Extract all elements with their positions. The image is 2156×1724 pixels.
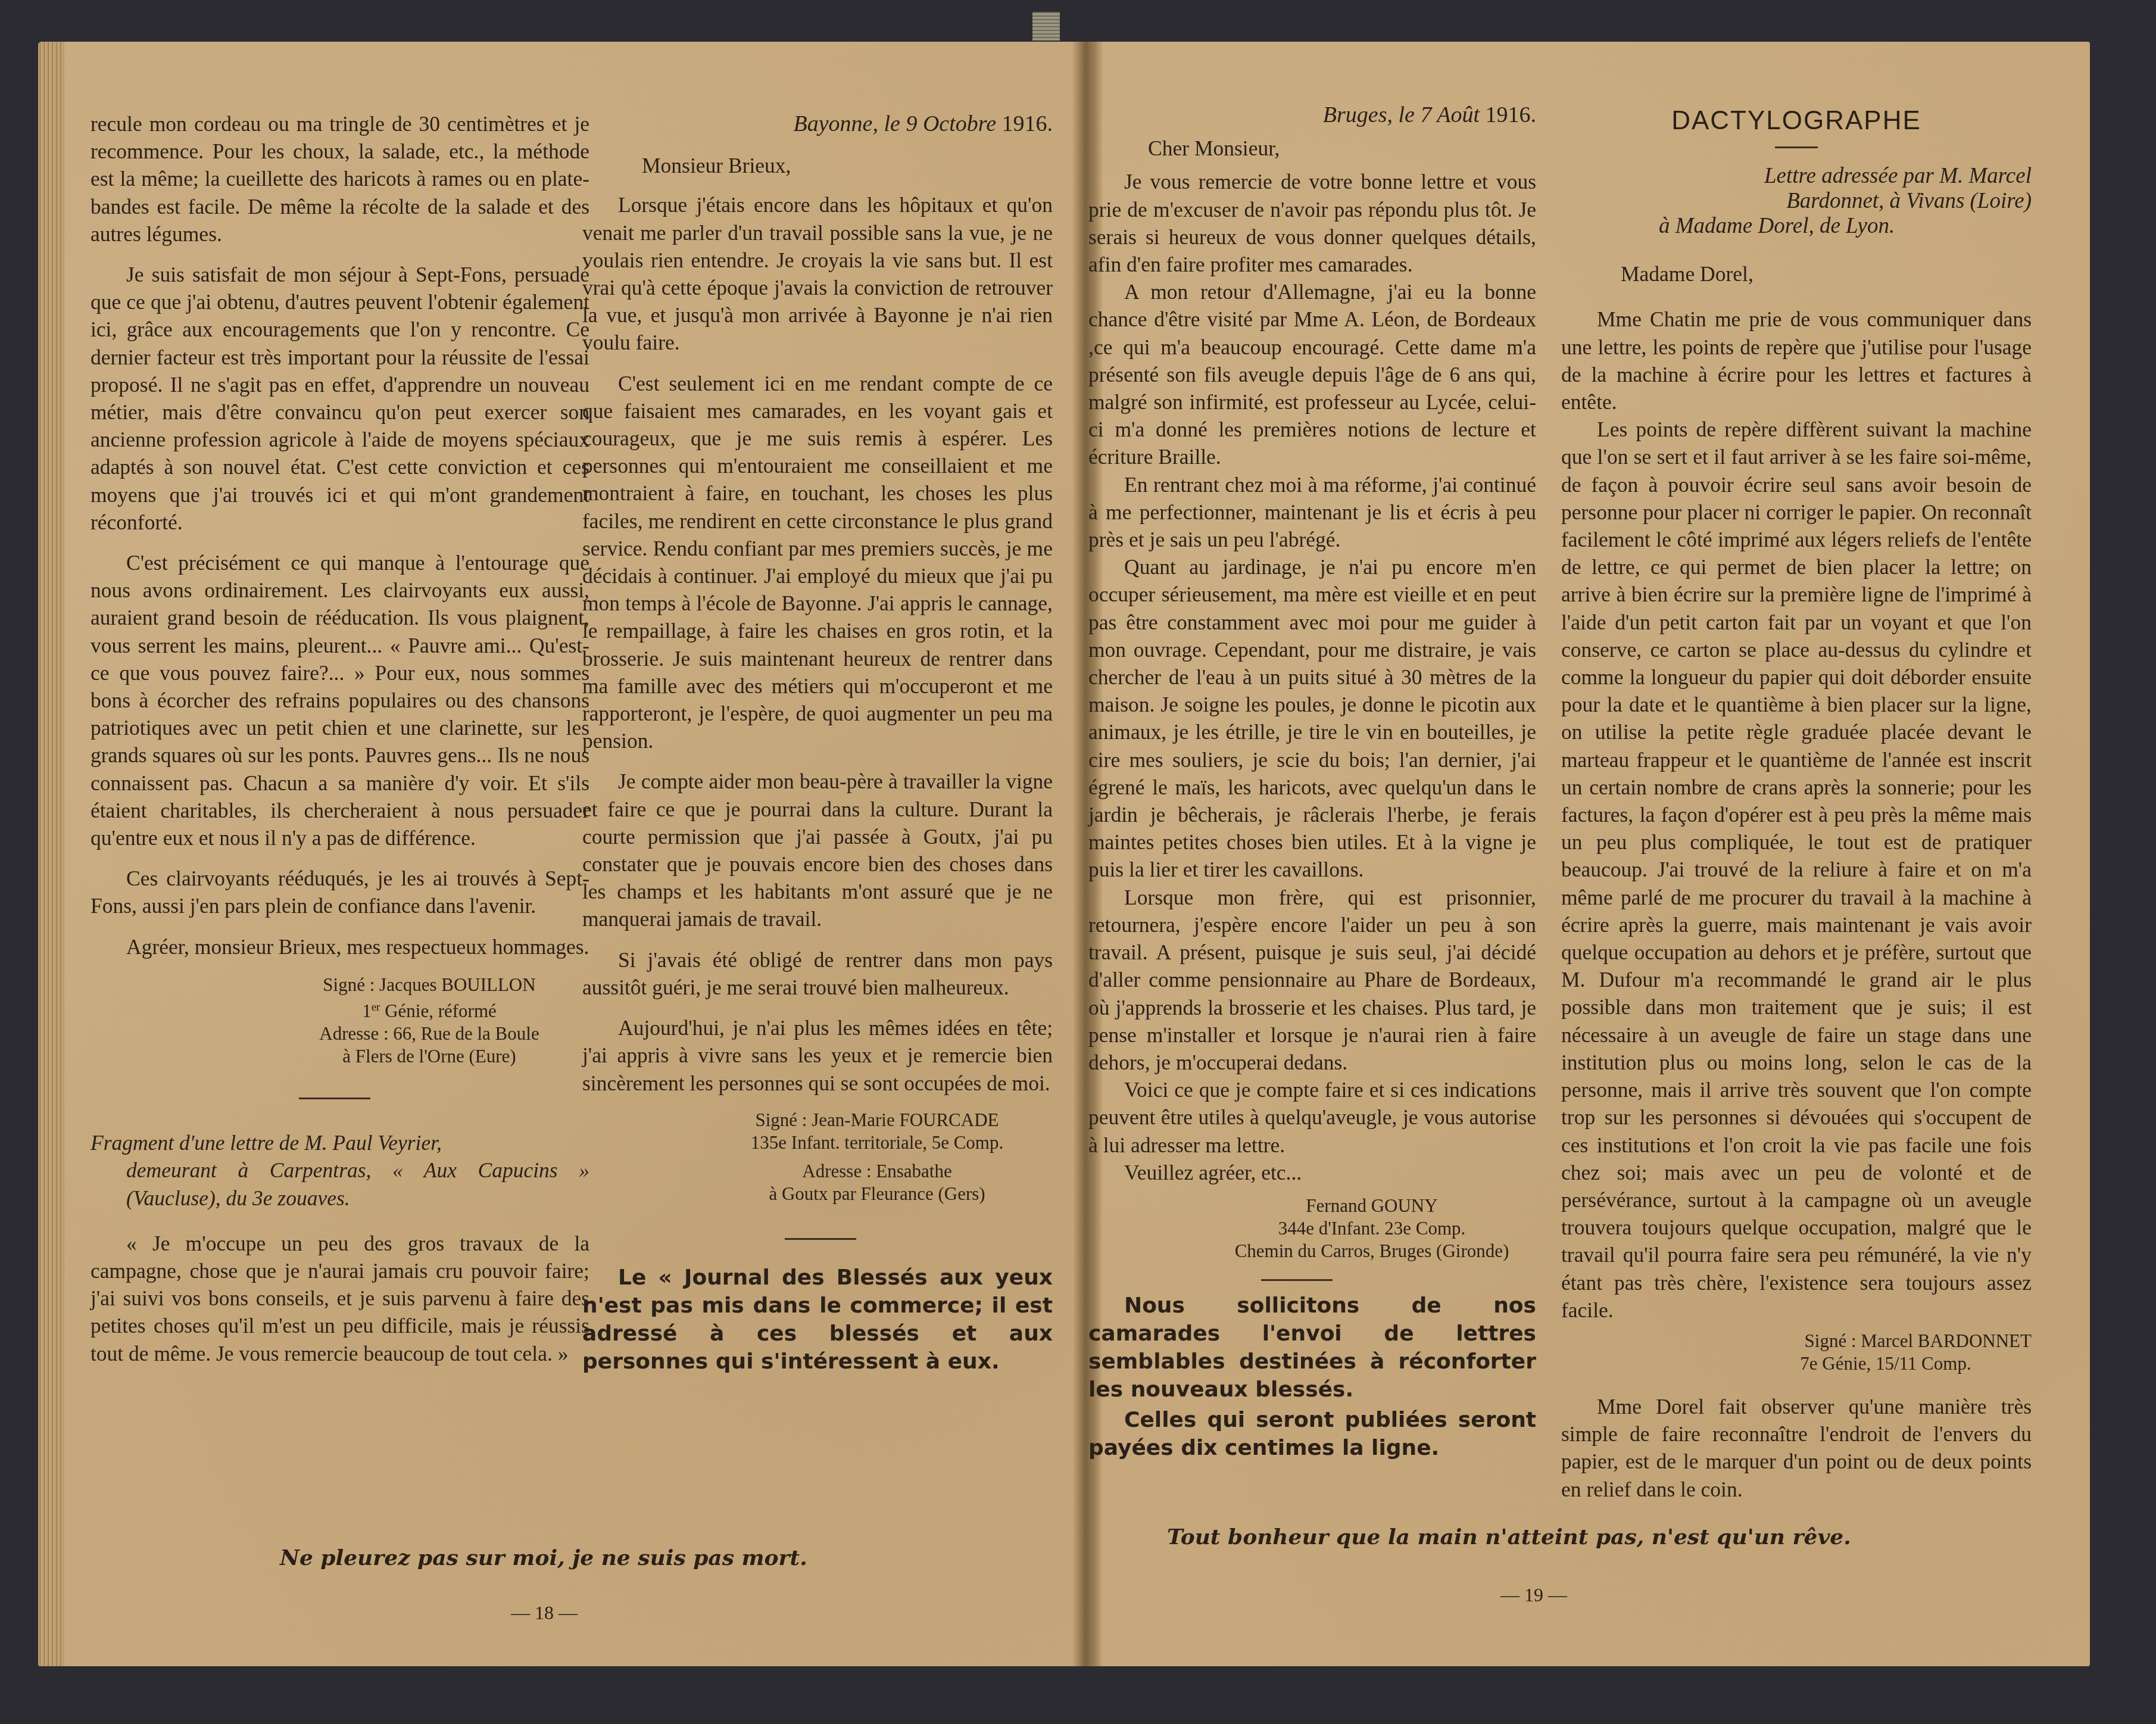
paragraph: Je vous remercie de votre bonne lettre e… — [1088, 168, 1536, 278]
salutation: Madame Dorel, — [1561, 260, 2032, 288]
payment-notice: Celles qui seront publiées seront payées… — [1088, 1406, 1536, 1462]
fragment-text: « Je m'occupe un peu des gros travaux de… — [91, 1230, 589, 1367]
paragraph: Ces clairvoyants rééduqués, je les ai tr… — [91, 865, 589, 919]
letter-intro: Lettre adressée par M. Marcel Bardonnet,… — [1561, 164, 2032, 239]
page-edges — [38, 42, 64, 1666]
signature-address: Adresse : 66, Rue de la Boule — [269, 1022, 589, 1045]
dateline: Bayonne, le 9 Octobre 1916. — [582, 110, 1053, 138]
left-page-column-1: recule mon cordeau ou ma tringle de 30 c… — [91, 110, 589, 1367]
signature-city: à Flers de l'Orne (Eure) — [269, 1045, 589, 1068]
heading-divider — [1775, 146, 1818, 148]
left-page-column-2: Bayonne, le 9 Octobre 1916. Monsieur Bri… — [582, 110, 1053, 1376]
left-page-motto: Ne pleurez pas sur moi, je ne suis pas m… — [280, 1545, 807, 1570]
paragraph: Lorsque mon frère, qui est prisonnier, r… — [1088, 884, 1536, 1076]
dateline: Bruges, le 7 Août 1916. — [1088, 101, 1536, 129]
right-page-column-1: Bruges, le 7 Août 1916. Cher Monsieur, J… — [1088, 101, 1536, 1462]
book-headband — [1032, 12, 1060, 40]
paragraph: Lorsque j'étais encore dans les hôpitaux… — [582, 191, 1053, 356]
salutation: Monsieur Brieux, — [582, 152, 1053, 179]
paragraph: Agréer, monsieur Brieux, mes respectueux… — [91, 933, 589, 961]
paragraph: C'est précisément ce qui manque à l'ento… — [91, 549, 589, 852]
paragraph: Aujourd'hui, je n'ai plus les mêmes idée… — [582, 1014, 1053, 1097]
paragraph: En rentrant chez moi à ma réforme, j'ai … — [1088, 471, 1536, 554]
right-page-motto: Tout bonheur que la main n'atteint pas, … — [1167, 1525, 1851, 1550]
submission-notice: Nous sollicitons de nos camarades l'envo… — [1088, 1292, 1536, 1404]
signature-block: Fernand GOUNY 344e d'Infant. 23e Comp. C… — [1088, 1195, 1536, 1262]
section-divider — [299, 1098, 370, 1099]
fragment-intro: Fragment d'une lettre de M. Paul Veyrier… — [91, 1129, 589, 1212]
paragraph: recule mon cordeau ou ma tringle de 30 c… — [91, 110, 589, 248]
paragraph: Les points de repère diffèrent suivant l… — [1561, 416, 2032, 1324]
signature-city: à Goutx par Fleurance (Gers) — [701, 1183, 1053, 1205]
paragraph: Mme Chatin me prie de vous communiquer d… — [1561, 305, 2032, 416]
paragraph: Je compte aider mon beau-père à travaill… — [582, 768, 1053, 933]
section-divider — [785, 1238, 856, 1240]
postscript: Mme Dorel fait observer qu'une manière t… — [1561, 1393, 2032, 1503]
section-divider — [1261, 1279, 1333, 1281]
section-heading: DACTYLOGRAPHE — [1561, 107, 2032, 135]
left-page-number: — 18 — — [511, 1602, 578, 1624]
signature-address: Adresse : Ensabathe — [701, 1160, 1053, 1183]
signature-name: Signé : Marcel BARDONNET — [1740, 1330, 2032, 1352]
paragraph: Je suis satisfait de mon séjour à Sept-F… — [91, 261, 589, 536]
journal-notice: Le « Journal des Blessés aux yeux n'est … — [582, 1264, 1053, 1376]
signature-name: Signé : Jacques BOUILLON — [269, 974, 589, 996]
signature-block: Signé : Jacques BOUILLON 1er Génie, réfo… — [91, 974, 589, 1068]
signature-block: Signé : Jean-Marie FOURCADE 135e Infant.… — [582, 1109, 1053, 1205]
paragraph: A mon retour d'Allemagne, j'ai eu la bon… — [1088, 278, 1536, 470]
signature-unit: 1er Génie, réformé — [269, 996, 589, 1022]
right-page-number: — 19 — — [1500, 1584, 1567, 1606]
paragraph: Quant au jardinage, je n'ai pu encore m'… — [1088, 553, 1536, 883]
signature-unit: 344e d'Infant. 23e Comp. — [1208, 1217, 1536, 1240]
paragraph: Veuillez agréer, etc... — [1088, 1159, 1536, 1186]
signature-block: Signé : Marcel BARDONNET 7e Génie, 15/11… — [1561, 1330, 2032, 1375]
signature-name: Fernand GOUNY — [1208, 1195, 1536, 1217]
signature-unit: 7e Génie, 15/11 Comp. — [1740, 1352, 2032, 1375]
signature-address: Chemin du Carros, Bruges (Gironde) — [1208, 1240, 1536, 1262]
signature-name: Signé : Jean-Marie FOURCADE — [701, 1109, 1053, 1131]
paragraph: Voici ce que je compte faire et si ces i… — [1088, 1076, 1536, 1159]
signature-unit: 135e Infant. territoriale, 5e Comp. — [701, 1131, 1053, 1154]
right-page-column-2: DACTYLOGRAPHE Lettre adressée par M. Mar… — [1561, 107, 2032, 1503]
salutation: Cher Monsieur, — [1088, 135, 1536, 162]
paragraph: Si j'avais été obligé de rentrer dans mo… — [582, 946, 1053, 1001]
paragraph: C'est seulement ici en me rendant compte… — [582, 370, 1053, 755]
